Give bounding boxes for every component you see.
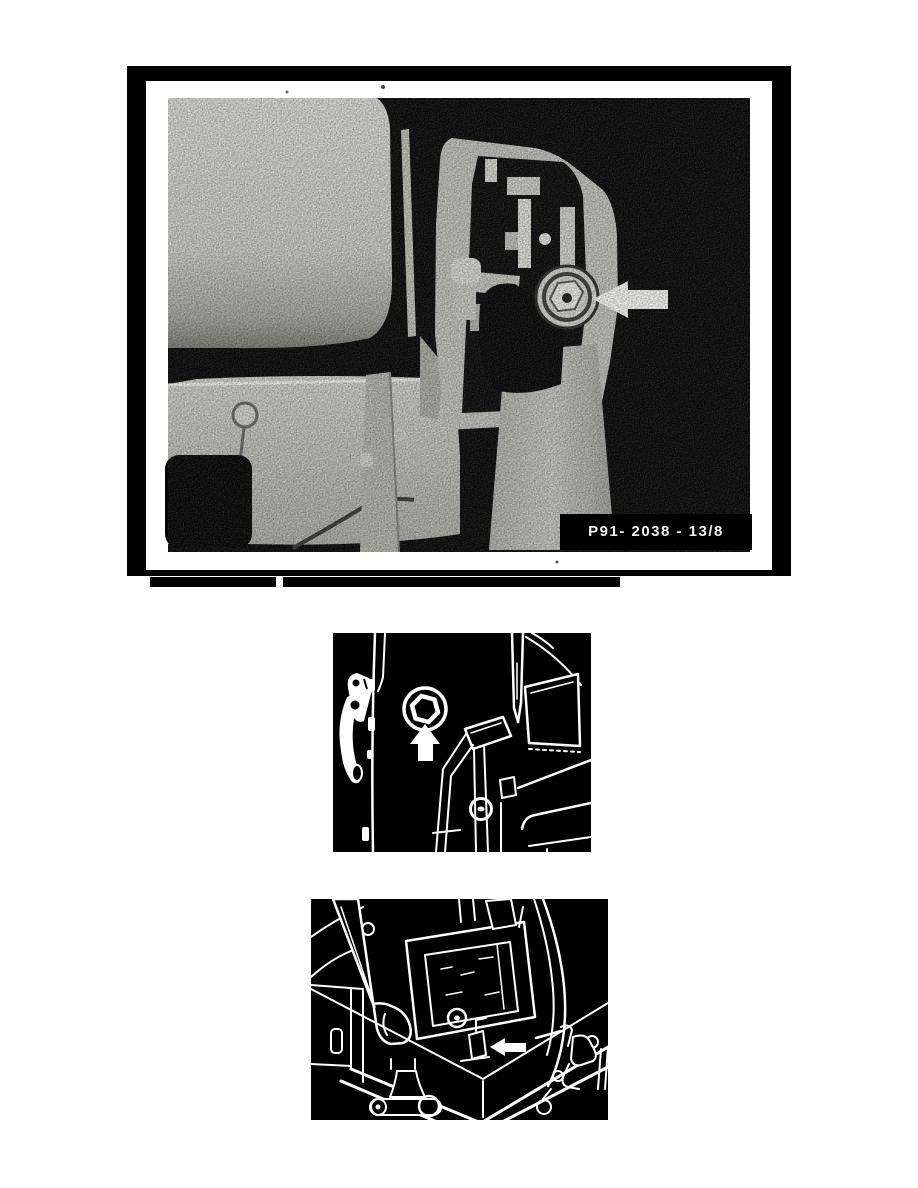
upper-drawing-artwork xyxy=(333,633,591,852)
cropped-box xyxy=(283,577,620,587)
arrow-left-icon xyxy=(490,1038,526,1056)
cropped-box xyxy=(150,577,276,587)
figure-photo: P91- 2038 - 13/8 xyxy=(127,66,791,576)
upper-bracket xyxy=(459,899,523,929)
figure-drawing-upper xyxy=(333,633,591,852)
grommet xyxy=(471,799,492,820)
sill-lines xyxy=(518,760,591,852)
film-grain-light xyxy=(168,98,750,552)
trim-panel xyxy=(525,674,580,752)
figure-drawing-lower xyxy=(311,899,608,1120)
manual-page: { "page": { "background": "#ffffff", "me… xyxy=(0,0,918,1188)
belt-guide-bracket xyxy=(433,717,511,852)
pillar-curve xyxy=(534,899,565,1086)
door-handle xyxy=(339,673,372,783)
photo-label: P91- 2038 - 13/8 xyxy=(560,514,752,550)
arrow-up-icon xyxy=(410,724,440,761)
belt-strap xyxy=(333,899,411,1044)
bolt-location-ring xyxy=(404,688,446,730)
pillar-edge xyxy=(362,633,385,852)
photo-artwork xyxy=(127,66,791,576)
clip xyxy=(500,777,516,798)
belt-strip xyxy=(512,633,523,722)
photo-image xyxy=(165,98,750,552)
bottom-rod xyxy=(370,1059,441,1116)
lower-drawing-artwork xyxy=(311,899,608,1120)
retractor-unit xyxy=(406,922,535,1039)
